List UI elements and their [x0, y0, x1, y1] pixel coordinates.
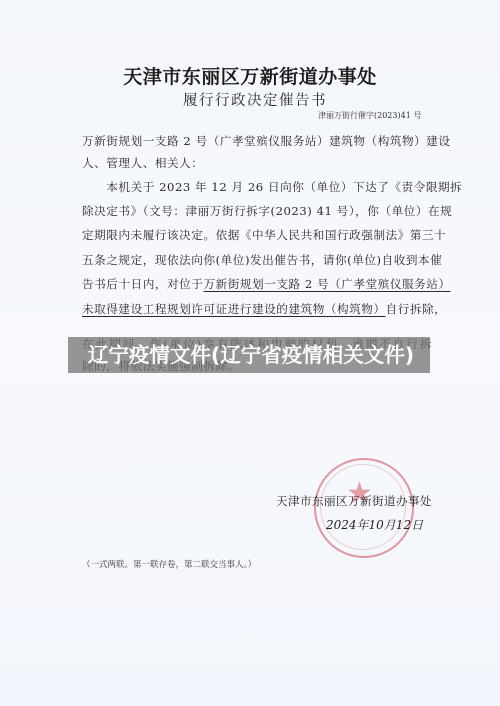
body-line-5: 定期限内未履行该决定。依据《中华人民共和国行政强制法》第三十 — [82, 227, 432, 243]
building-underlined: 未取得建设工程规划许可证进行建设的建筑物（构筑物） — [82, 302, 386, 316]
line7-prefix: 告书后十日内，对位于 — [82, 277, 203, 291]
body-line-2: 人、管理人、相关人： — [82, 155, 432, 171]
document-number: 津丽万街行催字(2023)41 号 — [318, 110, 421, 121]
signature-date: 2024年10月12日 — [326, 516, 423, 533]
document-subtitle: 履行行政决定催告书 — [0, 89, 500, 110]
body-line-1: 万新街规划一支路 2 号（广孝堂殡仪服务站）建筑物（构筑物）建设 — [82, 133, 432, 149]
line8-suffix: 自行拆除， — [386, 302, 447, 316]
document-page: 天津市东丽区万新街道办事处 履行行政决定催告书 津丽万街行催字(2023)41 … — [0, 0, 500, 706]
body-line-3: 本机关于 2023 年 12 月 26 日向你（单位）下达了《责令限期拆 — [82, 179, 432, 195]
body-line-4: 除决定书》（文号：津丽万街行拆字(2023) 41 号），你（单位）在规 — [82, 203, 432, 219]
signature-organization: 天津市东丽区万新街道办事处 — [276, 493, 432, 509]
address-underlined: 万新街规划一支路 2 号（广孝堂殡仪服务站） — [203, 277, 450, 291]
overlay-banner-text: 辽宁疫情文件(辽宁省疫情相关文件) — [70, 338, 432, 372]
footnote: （一式两联。第一联存卷，第二联交当事人。） — [82, 558, 256, 570]
body-line-7: 告书后十日内，对位于万新街规划一支路 2 号（广孝堂殡仪服务站） — [82, 276, 432, 292]
body-line-8: 未取得建设工程规划许可证进行建设的建筑物（构筑物）自行拆除， — [82, 301, 432, 317]
body-line-6: 五条之规定，现依法向你(单位)发出催告书，请你(单位)自收到本催 — [82, 252, 432, 268]
document-title: 天津市东丽区万新街道办事处 — [0, 62, 500, 89]
